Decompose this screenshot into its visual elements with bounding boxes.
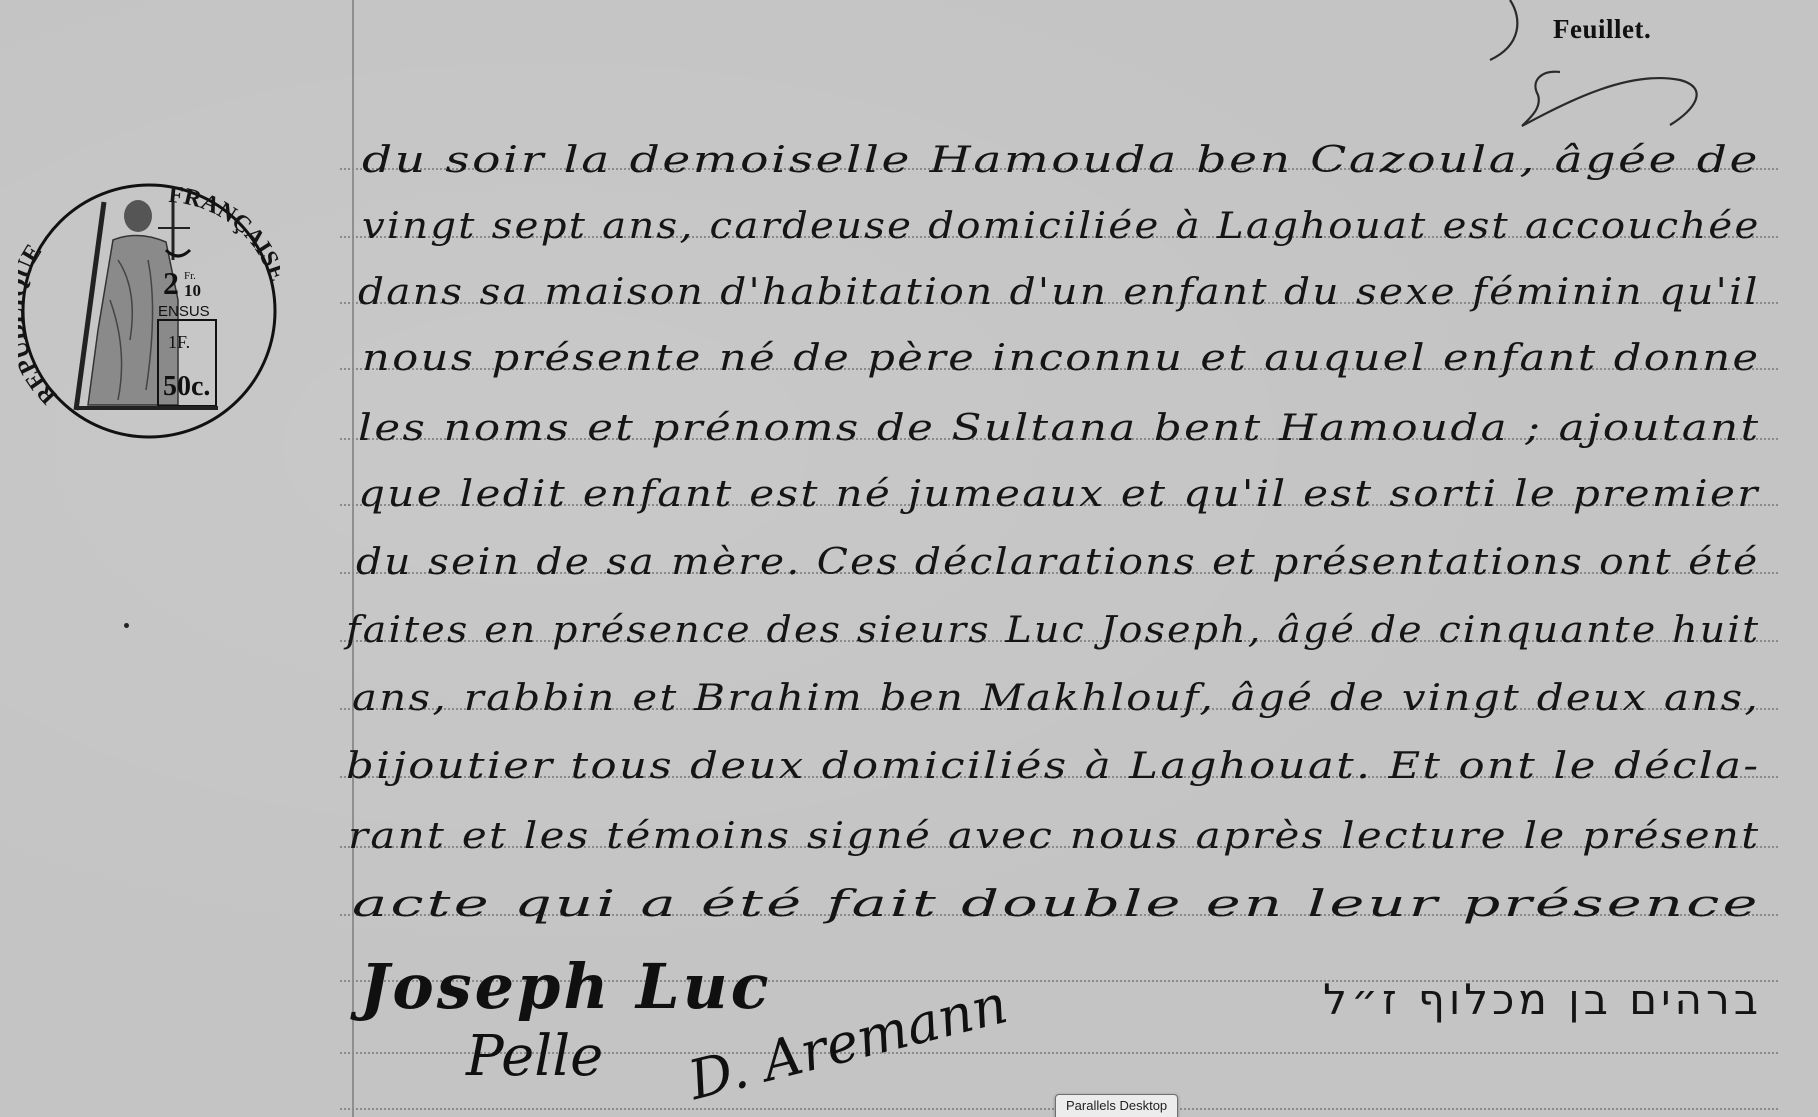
record-line-1: du soir la demoiselle Hamouda ben Cazoul… (362, 140, 1760, 181)
record-line-5: les noms et prénoms de Sultana bent Hamo… (358, 408, 1760, 449)
fiscal-stamp: REPUBLIQUE FRANÇAISE 2 Fr. 10 ENSUS 1F. … (18, 180, 280, 442)
record-line-12: acte qui a été fait double en leur prése… (352, 884, 1761, 925)
record-line-11: rant et les témoins signé avec nous aprè… (348, 816, 1760, 857)
record-line-3: dans sa maison d'habitation d'un enfant … (358, 272, 1760, 313)
record-line-2: vingt sept ans, cardeuse domiciliée à La… (362, 206, 1761, 247)
svg-text:50c.: 50c. (163, 371, 210, 402)
svg-text:10: 10 (184, 281, 201, 300)
record-line-8: faites en présence des sieurs Luc Joseph… (346, 610, 1760, 651)
record-line-10: bijoutier tous deux domiciliés à Laghoua… (346, 746, 1760, 787)
signature-joseph-luc: Joseph Luc (360, 950, 771, 1023)
ink-speck (124, 623, 129, 628)
pen-flourish-icon (1460, 0, 1720, 140)
republique-francaise-seal-icon: REPUBLIQUE FRANÇAISE 2 Fr. 10 ENSUS 1F. … (18, 180, 280, 442)
record-line-9: ans, rabbin et Brahim ben Makhlouf, âgé … (352, 678, 1760, 719)
signature-paraph: Pelle (466, 1024, 603, 1089)
scanned-document-page: Feuillet. REPUBLIQUE FRANÇAISE (0, 0, 1818, 1117)
svg-text:REPUBLIQUE: REPUBLIQUE (18, 240, 62, 409)
svg-text:1F.: 1F. (168, 332, 190, 352)
record-line-6: que ledit enfant est né jumeaux et qu'il… (358, 474, 1760, 515)
record-line-4: nous présente né de père inconnu et auqu… (362, 338, 1760, 379)
stamp-value-main: 2 (163, 265, 179, 301)
record-line-7: du sein de sa mère. Ces déclarations et … (356, 542, 1760, 583)
stamp-arc-left: REPUBLIQUE (18, 240, 62, 409)
signature-hebrew-brahim: ברהים בן מכלוף ז״ל (1323, 975, 1762, 1024)
parallels-desktop-tooltip: Parallels Desktop (1055, 1094, 1178, 1117)
stamp-value-middle: ENSUS (158, 303, 210, 320)
